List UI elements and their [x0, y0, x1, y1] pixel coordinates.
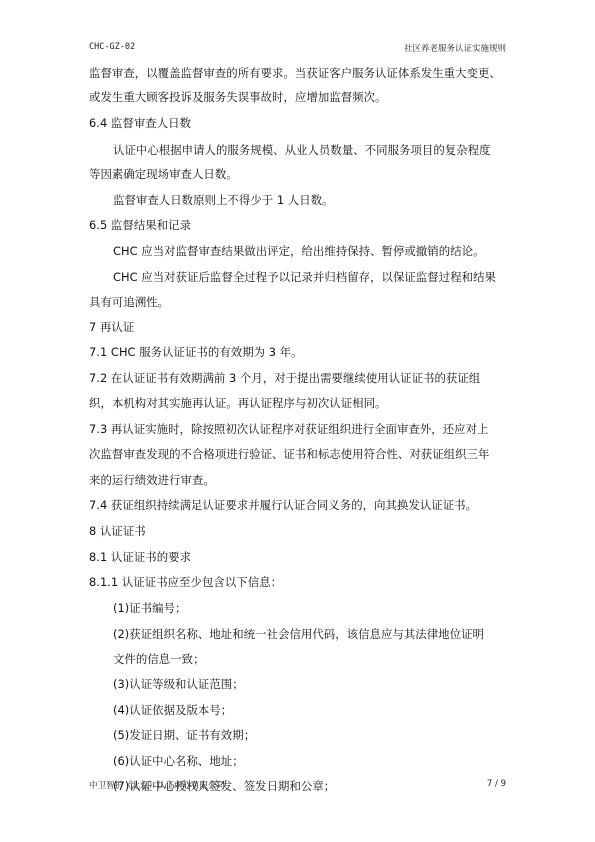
- text-line: 次监督审查发现的不合格项进行验证、证书和标志使用符合性、对获证组织三年: [89, 447, 489, 461]
- text-line: 监督审查，以覆盖监督审查的所有要求。当获证客户服务认证体系发生重大变更、: [89, 66, 501, 80]
- text-line: 织，本机构对其实施再认证。再认证程序与初次认证相同。: [89, 396, 386, 410]
- text-line: CHC 应当对监督审查结果做出评定，给出维持保持、暂停或撤销的结论。: [113, 244, 485, 258]
- header-doc-title: 社区养老服务认证实施规则: [404, 42, 506, 54]
- text-line: 等因素确定现场审查人日数。: [89, 167, 238, 181]
- text-line: (1)证书编号；: [113, 601, 187, 615]
- text-line: (2)获证组织名称、地址和统一社会信用代码，该信息应与其法律地位证明: [113, 627, 484, 641]
- text-line: (5)发证日期、证书有效期；: [113, 728, 255, 742]
- text-line: 7.3 再认证实施时，除按照初次认证程序对获证组织进行全面审查外，还应对上: [89, 422, 488, 436]
- header-doc-code: CHC-GZ-02: [89, 42, 135, 52]
- text-line: 7.2 在认证证书有效期满前 3 个月，对于提出需要继续使用认证证书的获证组: [89, 371, 480, 385]
- footer-page-number: 7 / 9: [487, 779, 506, 789]
- text-line: 6.5 监督结果和记录: [89, 218, 191, 232]
- text-line: 7.4 获证组织持续满足认证要求并履行认证合同义务的，向其换发认证证书。: [89, 498, 477, 512]
- text-line: 8.1 认证证书的要求: [89, 550, 191, 564]
- text-line: 8.1.1 认证证书应至少包含以下信息：: [89, 575, 282, 589]
- text-line: 具有可追溯性。: [89, 295, 169, 309]
- text-line: 或发生重大顾客投诉及服务失误事故时，应增加监督频次。: [89, 90, 386, 104]
- text-line: (4)认证依据及版本号；: [113, 703, 232, 717]
- text-line: 6.4 监督审查人日数: [89, 116, 191, 130]
- text-line: CHC 应当对获证后监督全过程予以记录并归档留存，以保证监督过程和结果: [113, 270, 496, 284]
- text-line: 监督审查人日数原则上不得少于 1 人日数。: [113, 193, 334, 207]
- text-line: 文件的信息一致；: [113, 652, 205, 666]
- footer-company: 中卫智护（北京）认证中心有限公司: [89, 779, 225, 791]
- text-line: 来的运行绩效进行审查。: [89, 473, 215, 487]
- text-line: 7 再认证: [89, 320, 134, 334]
- text-line: 7.1 CHC 服务认证证书的有效期为 3 年。: [89, 345, 303, 359]
- text-line: (3)认证等级和认证范围；: [113, 677, 244, 691]
- text-line: 8 认证证书: [89, 524, 146, 538]
- text-line: 认证中心根据申请人的服务规模、从业人员数量、不同服务项目的复杂程度: [113, 143, 491, 157]
- text-line: (6)认证中心名称、地址；: [113, 754, 244, 768]
